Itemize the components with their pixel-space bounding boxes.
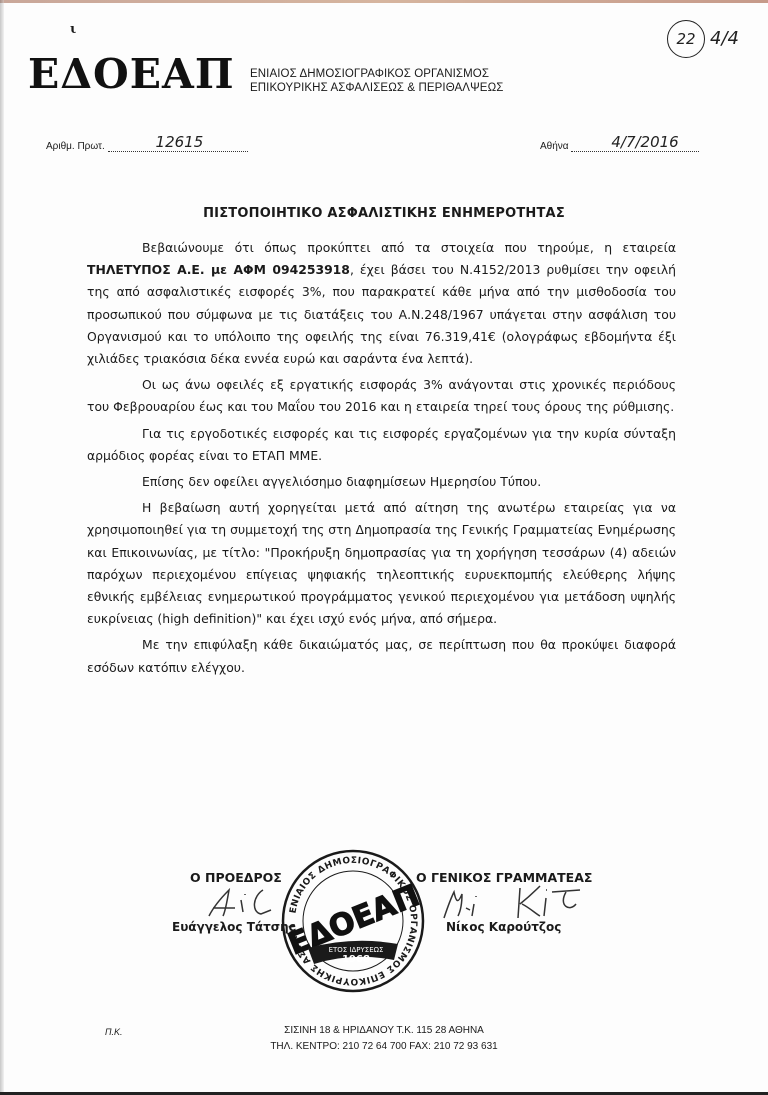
footer-contact: ΣΙΣΙΝΗ 18 & ΗΡΙΔΑΝΟΥ Τ.Κ. 115 28 ΑΘΗΝΑ Τ… — [0, 1023, 768, 1055]
president-title: Ο ΠΡΟΕΔΡΟΣ — [190, 870, 282, 885]
organization-name: ΕΝΙΑΙΟΣ ΔΗΜΟΣΙΟΓΡΑΦΙΚΟΣ ΟΡΓΑΝΙΣΜΟΣ ΕΠΙΚΟ… — [250, 67, 503, 95]
organization-logo: ΕΔΟΕΑΠ — [28, 52, 235, 96]
paragraph-1-intro: Βεβαιώνουμε ότι όπως προκύπτει από τα στ… — [142, 240, 676, 255]
document-title: ΠΙΣΤΟΠΟΙΗΤΙΚΟ ΑΣΦΑΛΙΣΤΙΚΗΣ ΕΝΗΜΕΡΟΤΗΤΑΣ — [0, 206, 768, 221]
paragraph-1: Βεβαιώνουμε ότι όπως προκύπτει από τα στ… — [87, 237, 676, 370]
organization-name-line2: ΕΠΙΚΟΥΡΙΚΗΣ ΑΣΦΑΛΙΣΕΩΣ & ΠΕΡΙΘΑΛΨΕΩΣ — [250, 81, 503, 95]
paragraph-5: Η βεβαίωση αυτή χορηγείται μετά από αίτη… — [87, 497, 676, 630]
secretary-signature — [440, 882, 590, 922]
general-secretary-name: Νίκος Καρούτζος — [446, 920, 561, 934]
paragraph-4: Επίσης δεν οφείλει αγγελιόσημο διαφημίσε… — [87, 471, 676, 493]
footer-phones: ΤΗΛ. ΚΕΝΤΡΟ: 210 72 64 700 FAX: 210 72 9… — [0, 1039, 768, 1055]
date-value: 4/7/2016 — [611, 133, 678, 151]
date-dotted-line: 4/7/2016 — [571, 140, 699, 152]
protocol-number-row: Αριθμ. Πρωτ. 12615 — [46, 140, 248, 152]
city-label: Αθήνα — [540, 141, 569, 152]
president-signature — [205, 886, 275, 920]
footer-address: ΣΙΣΙΝΗ 18 & ΗΡΙΔΑΝΟΥ Τ.Κ. 115 28 ΑΘΗΝΑ — [0, 1023, 768, 1039]
stamp-founded-label: ΕΤΟΣ ΙΔΡΥΣΕΩΣ — [329, 946, 384, 954]
document-body: Βεβαιώνουμε ότι όπως προκύπτει από τα στ… — [87, 237, 676, 683]
paragraph-1-rest: , έχει βάσει του Ν.4152/2013 ρυθμίσει τη… — [87, 262, 676, 366]
organization-name-line1: ΕΝΙΑΙΟΣ ΔΗΜΟΣΙΟΓΡΑΦΙΚΟΣ ΟΡΓΑΝΙΣΜΟΣ — [250, 67, 503, 81]
scan-left-edge — [0, 0, 4, 1095]
handwritten-circled-number: 22 — [667, 20, 705, 58]
corner-mark: ι — [70, 22, 76, 37]
organization-stamp: ΕΝΙΑΙΟΣ ΔΗΜΟΣΙΟΓΡΑΦΙΚΟΣ ΟΡΓΑΝΙΣΜΟΣ ΕΠΙΚΟ… — [280, 848, 426, 994]
scan-top-edge — [0, 0, 768, 3]
company-identifier: ΤΗΛΕΤΥΠΟΣ Α.Ε. με ΑΦΜ 094253918 — [87, 262, 350, 277]
protocol-number: 12615 — [156, 133, 204, 151]
president-name: Ευάγγελος Τάτσης — [172, 920, 296, 934]
protocol-dotted-line: 12615 — [108, 140, 248, 152]
handwritten-page-count: 4/4 — [710, 28, 739, 49]
stamp-founded-year: 1968 — [342, 954, 370, 965]
paragraph-3: Για τις εργοδοτικές εισφορές και τις εισ… — [87, 423, 676, 467]
date-row: Αθήνα 4/7/2016 — [540, 140, 699, 152]
paragraph-2: Οι ως άνω οφειλές εξ εργατικής εισφοράς … — [87, 374, 676, 418]
paragraph-6: Με την επιφύλαξη κάθε δικαιώματός μας, σ… — [87, 634, 676, 678]
protocol-label: Αριθμ. Πρωτ. — [46, 141, 105, 152]
